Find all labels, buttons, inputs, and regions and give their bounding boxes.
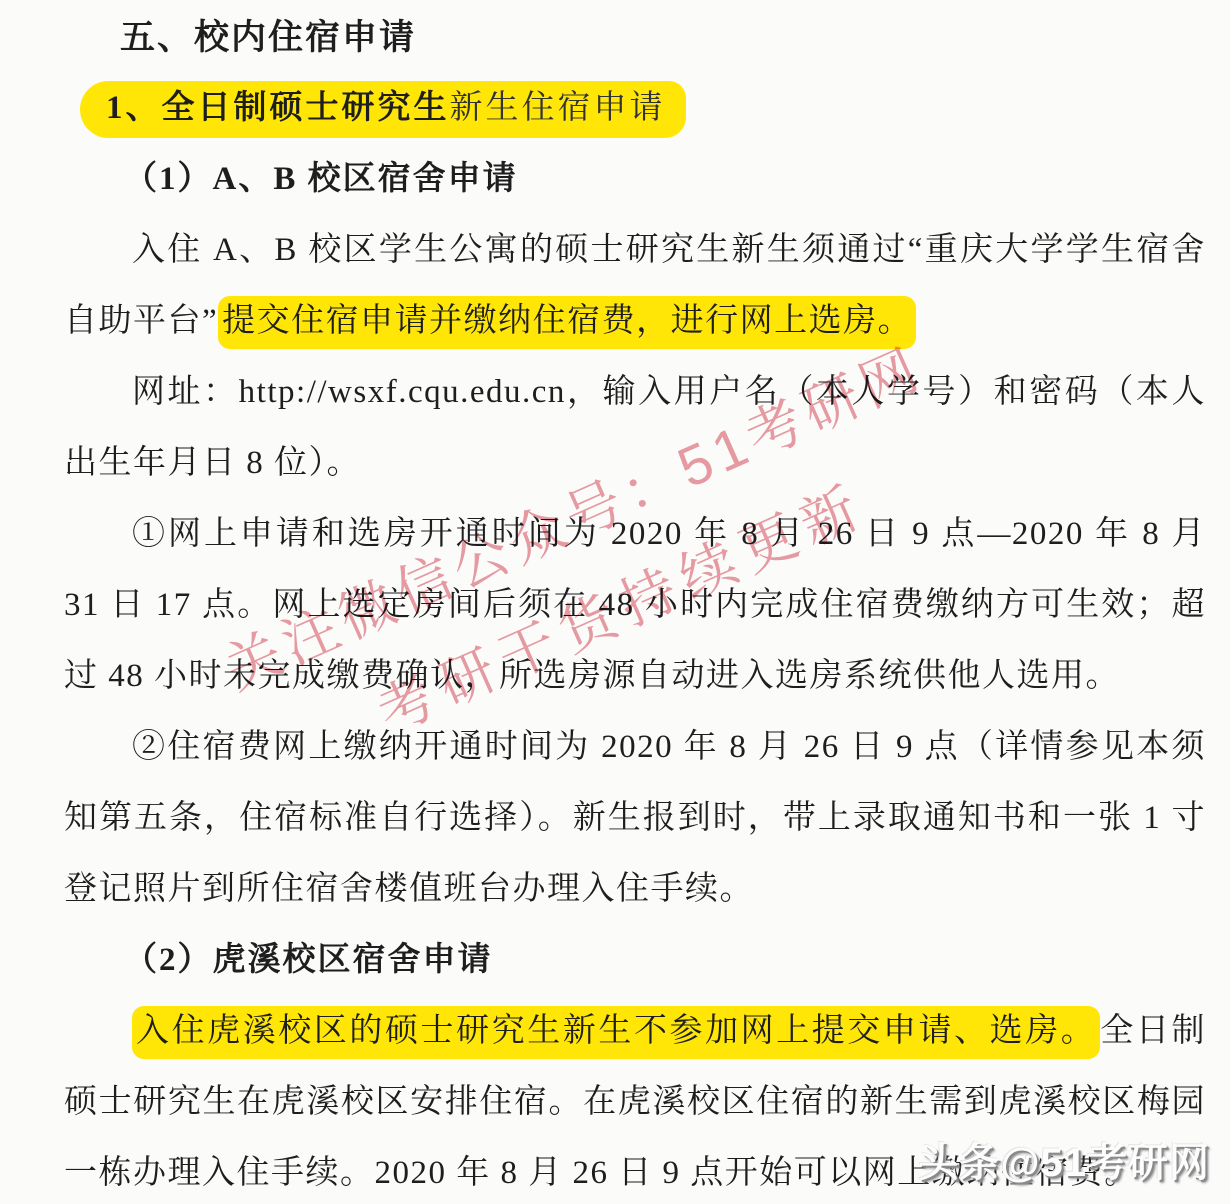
document-page: 五、校内住宿申请1、全日制硕士研究生新生住宿申请（1）A、B 校区宿舍申请入住 … (0, 0, 1230, 1204)
highlighted-text: 入住虎溪校区的硕士研究生新生不参加网上提交申请、选房。 (132, 1006, 1100, 1059)
paragraph: ①网上申请和选房开通时间为 2020 年 8 月 26 日 9 点—2020 年… (64, 499, 1206, 712)
heading-text: 1、全日制硕士研究生 (106, 90, 450, 126)
subsection-heading: （2）虎溪校区宿舍申请 (64, 925, 1206, 996)
body-text: 网址：http://wsxf.cqu.edu.cn，输入用户名（本人学号）和密码… (64, 374, 1206, 481)
body-text: ②住宿费网上缴纳开通时间为 2020 年 8 月 26 日 9 点（详情参见本须… (64, 729, 1206, 907)
paragraph: ②住宿费网上缴纳开通时间为 2020 年 8 月 26 日 9 点（详情参见本须… (64, 712, 1206, 925)
subsection-heading: （1）A、B 校区宿舍申请 (64, 144, 1206, 215)
highlighted-heading: 1、全日制硕士研究生新生住宿申请 (64, 73, 1206, 144)
highlight-marker: 1、全日制硕士研究生新生住宿申请 (80, 81, 686, 138)
body-text: ①网上申请和选房开通时间为 2020 年 8 月 26 日 9 点—2020 年… (64, 516, 1206, 694)
paragraph: 网址：http://wsxf.cqu.edu.cn，输入用户名（本人学号）和密码… (64, 357, 1206, 499)
document-body: 五、校内住宿申请1、全日制硕士研究生新生住宿申请（1）A、B 校区宿舍申请入住 … (64, 2, 1206, 1204)
paragraph: 入住 A、B 校区学生公寓的硕士研究生新生须通过“重庆大学学生宿舍自助平台”提交… (64, 215, 1206, 357)
doc-title: 五、校内住宿申请 (64, 2, 1206, 73)
heading-text: 新生住宿申请 (450, 90, 666, 126)
highlighted-text: 提交住宿申请并缴纳住宿费，进行网上选房。 (218, 296, 916, 349)
toutiao-watermark-badge: 头条@51考研网 (919, 1131, 1211, 1188)
